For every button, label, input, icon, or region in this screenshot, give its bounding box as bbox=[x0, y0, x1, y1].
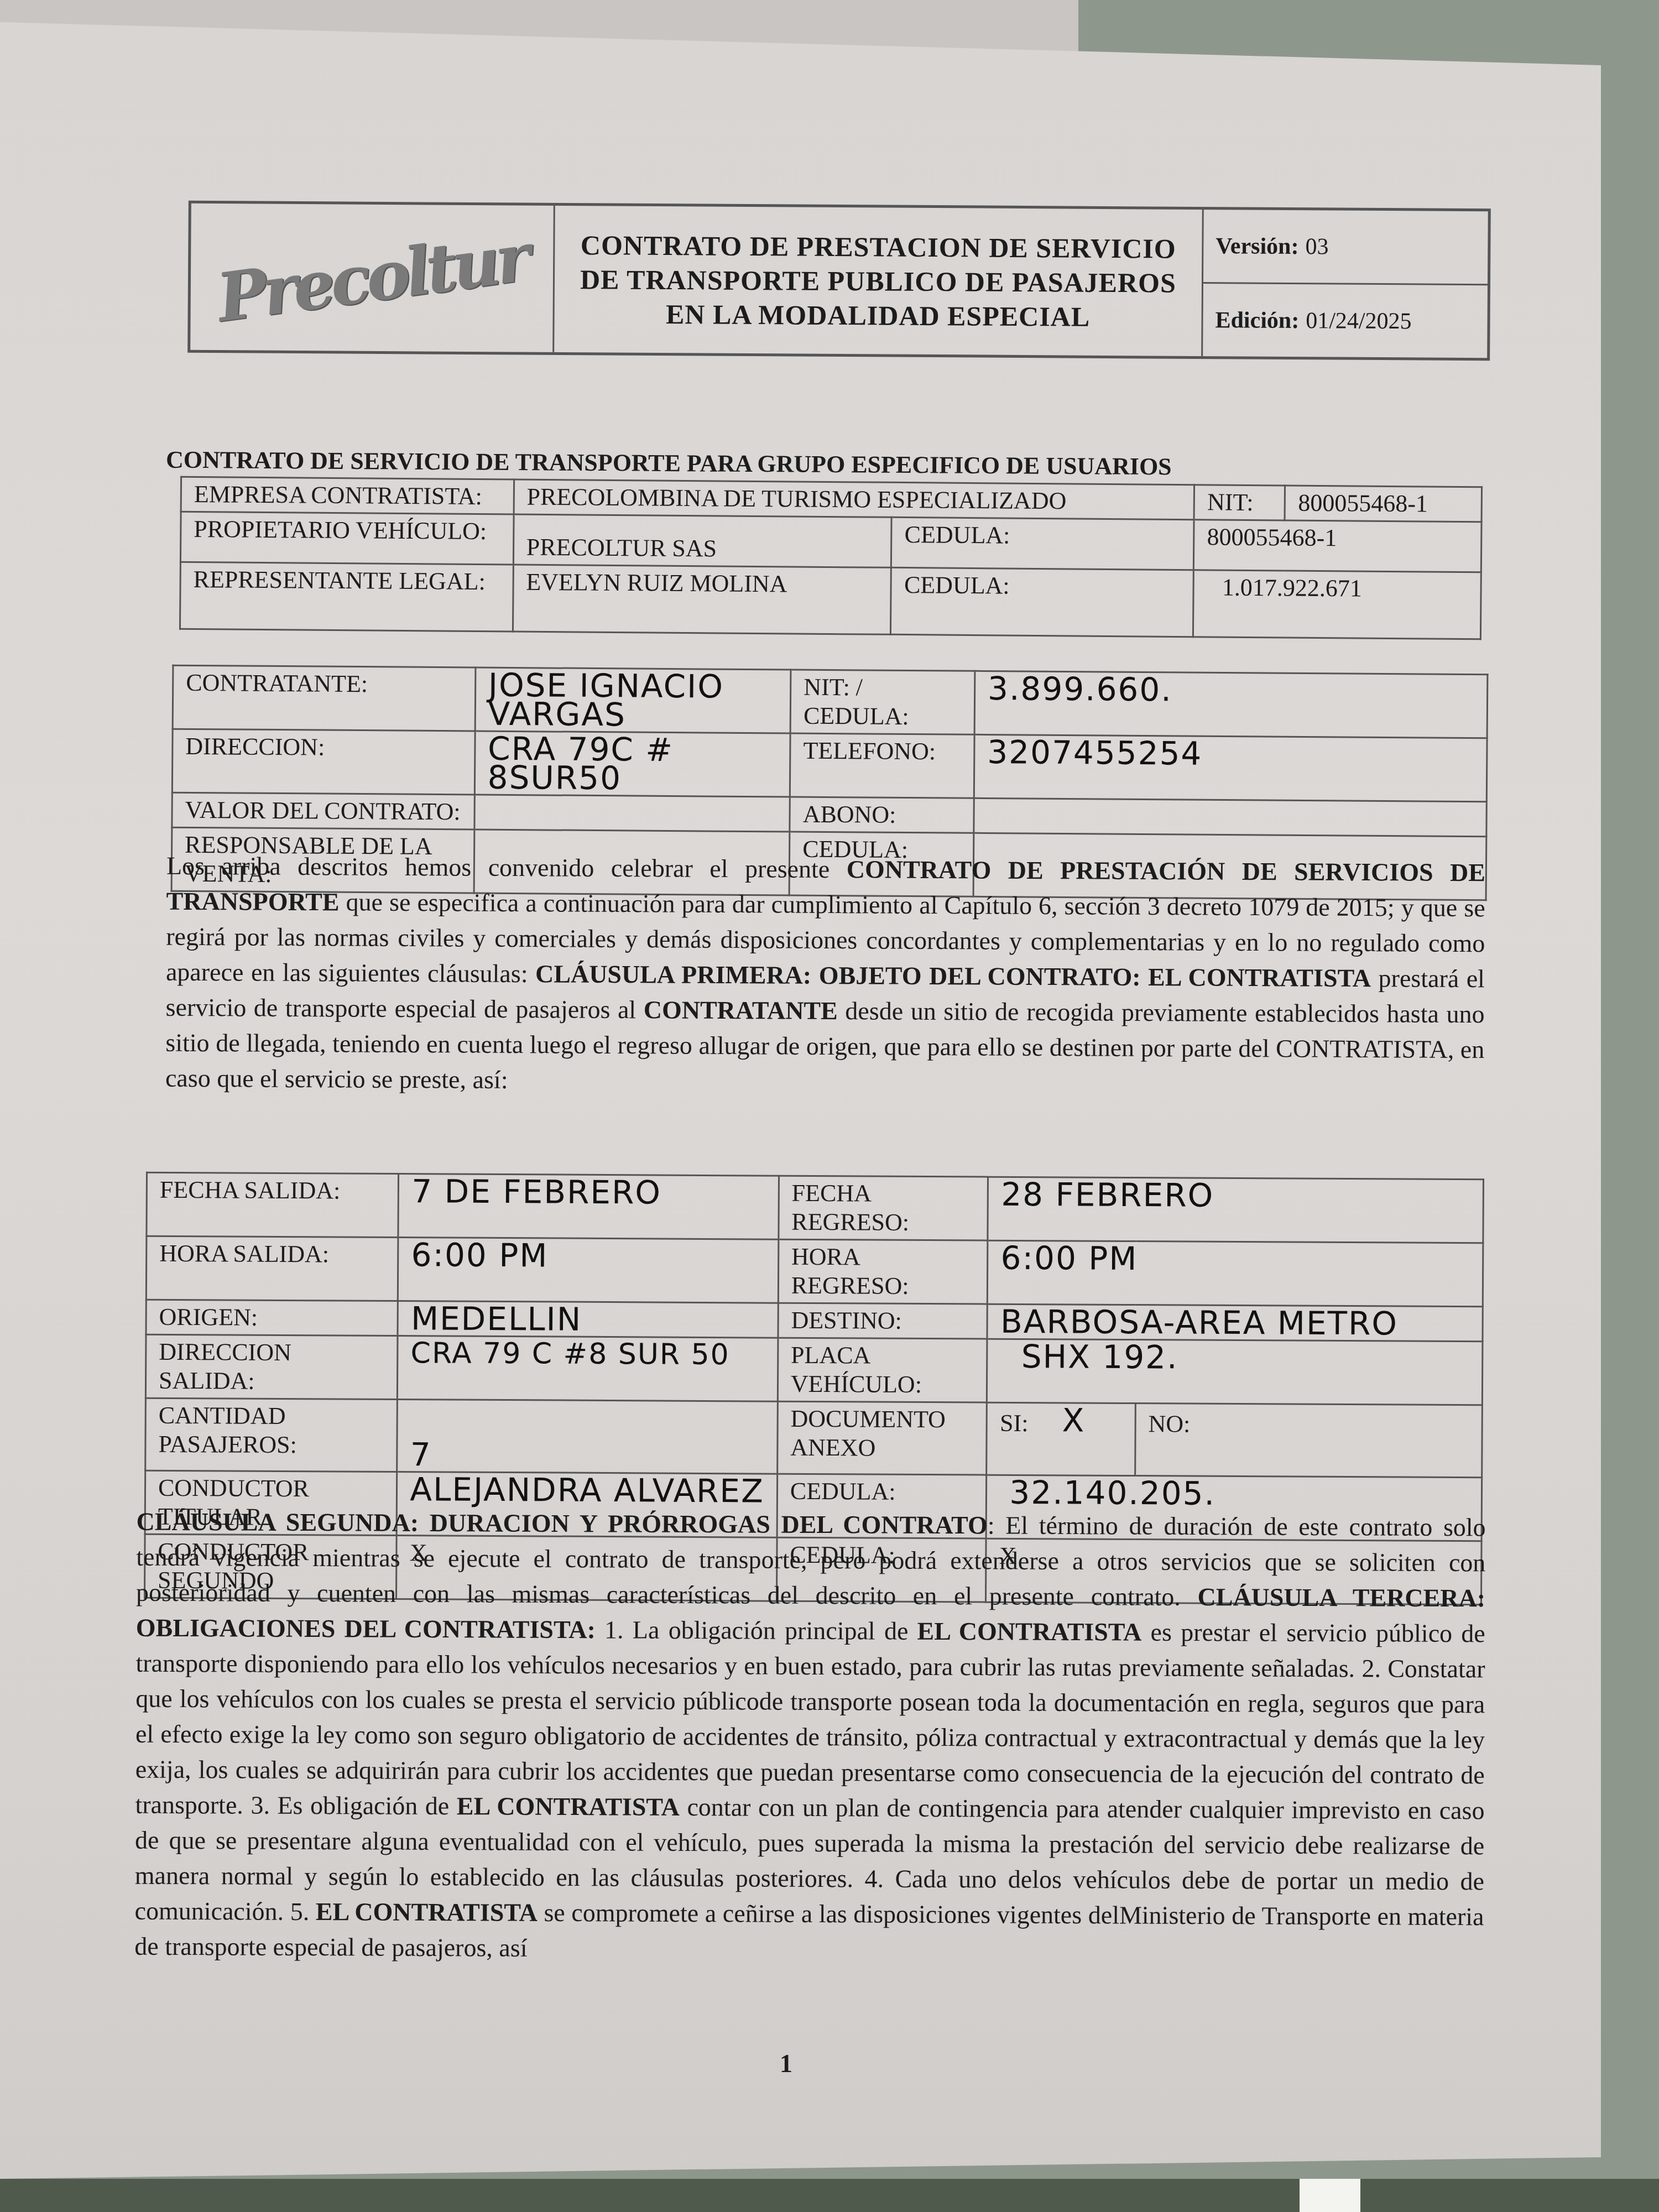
placa-label: PLACA VEHÍCULO: bbox=[778, 1338, 987, 1402]
text-run: Los arriba descritos hemos convenido cel… bbox=[166, 852, 847, 883]
version-label: Versión: bbox=[1215, 233, 1298, 260]
title-line: DE TRANSPORTE PUBLICO DE PASAJEROS bbox=[580, 262, 1176, 300]
no-option[interactable]: NO: bbox=[1135, 1404, 1482, 1478]
hora-salida-label: HORA SALIDA: bbox=[146, 1236, 398, 1301]
origen-label: ORIGEN: bbox=[146, 1300, 398, 1335]
clause-heading: CLÁUSULA SEGUNDA: DURACION Y PRÓRROGAS D… bbox=[137, 1507, 988, 1540]
section-subtitle: CONTRATO DE SERVICIO DE TRANSPORTE PARA … bbox=[166, 446, 1172, 481]
title-line: EN LA MODALIDAD ESPECIAL bbox=[666, 297, 1091, 334]
table-row: HORA SALIDA: 6:00 PM HORA REGRESO: 6:00 … bbox=[146, 1236, 1483, 1307]
document-content: Precoltur CONTRATO DE PRESTACION DE SERV… bbox=[0, 0, 1659, 2212]
direccion-field[interactable]: CRA 79C # 8SUR50 bbox=[474, 731, 790, 797]
contratante-label: CONTRATANTE: bbox=[173, 665, 475, 731]
fecha-regreso-label: FECHA REGRESO: bbox=[779, 1176, 988, 1240]
placa-field[interactable]: SHX 192. bbox=[987, 1339, 1483, 1405]
nit-label: NIT: bbox=[1194, 485, 1285, 520]
hora-regreso-field[interactable]: 6:00 PM bbox=[988, 1240, 1483, 1307]
abono-label: ABONO: bbox=[790, 797, 974, 833]
hora-salida-field[interactable]: 6:00 PM bbox=[398, 1238, 779, 1303]
bold-run: CONTRATANTE bbox=[644, 995, 838, 1025]
table-row: REPRESENTANTE LEGAL: EVELYN RUIZ MOLINA … bbox=[180, 562, 1481, 639]
destino-field[interactable]: BARBOSA-AREA METRO bbox=[987, 1304, 1483, 1342]
edition-cell: Edición: 01/24/2025 bbox=[1203, 284, 1488, 358]
hora-regreso-label: HORA REGRESO: bbox=[778, 1239, 988, 1304]
telefono-field[interactable]: 3207455254 bbox=[974, 734, 1487, 801]
version-value: 03 bbox=[1305, 233, 1328, 260]
abono-field[interactable] bbox=[974, 798, 1486, 836]
documento-label: DOCUMENTO bbox=[790, 1405, 974, 1434]
table-row: DIRECCION SALIDA: CRA 79 C #8 SUR 50 PLA… bbox=[145, 1334, 1483, 1405]
si-option[interactable]: SI: X bbox=[987, 1402, 1135, 1475]
title-line: CONTRATO DE PRESTACION DE SERVICIO bbox=[581, 228, 1176, 266]
anexo-label: ANEXO bbox=[790, 1433, 974, 1463]
edition-label: Edición: bbox=[1215, 307, 1299, 334]
si-label: SI: bbox=[1000, 1410, 1029, 1437]
pasajeros-label: CANTIDAD PASAJEROS: bbox=[145, 1398, 398, 1472]
clauses-paragraph: CLÁUSULA SEGUNDA: DURACION Y PRÓRROGAS D… bbox=[134, 1504, 1486, 1970]
nit-cedula-label: NIT: / CEDULA: bbox=[790, 670, 975, 734]
table-row: DIRECCION: CRA 79C # 8SUR50 TELEFONO: 32… bbox=[172, 729, 1487, 802]
table-row: CONTRATANTE: JOSE IGNACIO VARGAS NIT: / … bbox=[173, 665, 1488, 738]
document-title: CONTRATO DE PRESTACION DE SERVICIO DE TR… bbox=[554, 206, 1204, 356]
intro-paragraph: Los arriba descritos hemos convenido cel… bbox=[165, 848, 1485, 1103]
propietario-value: PRECOLTUR SAS bbox=[513, 514, 891, 567]
direccion-salida-label: DIRECCION SALIDA: bbox=[145, 1334, 398, 1399]
bold-run: EL CONTRATISTA bbox=[316, 1897, 538, 1927]
propietario-label: PROPIETARIO VEHÍCULO: bbox=[180, 512, 513, 565]
document-meta: Versión: 03 Edición: 01/24/2025 bbox=[1203, 210, 1488, 358]
propietario-cedula-value: 800055468-1 bbox=[1194, 520, 1481, 572]
contratante-field[interactable]: JOSE IGNACIO VARGAS bbox=[475, 667, 791, 733]
propietario-cedula-label: CEDULA: bbox=[891, 517, 1194, 570]
table-row: CANTIDAD PASAJEROS: 7 DOCUMENTO ANEXO SI… bbox=[145, 1398, 1483, 1478]
bold-run: EL CONTRATISTA bbox=[917, 1617, 1142, 1646]
fecha-salida-field[interactable]: 7 DE FEBRERO bbox=[398, 1174, 779, 1240]
si-checkmark[interactable]: X bbox=[1062, 1401, 1085, 1439]
table-row: FECHA SALIDA: 7 DE FEBRERO FECHA REGRESO… bbox=[147, 1172, 1484, 1243]
bold-run: EL CONTRATISTA bbox=[457, 1792, 680, 1821]
direccion-salida-field[interactable]: CRA 79 C #8 SUR 50 bbox=[398, 1336, 778, 1402]
text-run: 1. La obligación principal de bbox=[596, 1615, 917, 1645]
edition-value: 01/24/2025 bbox=[1306, 307, 1412, 335]
empresa-label: EMPRESA CONTRATISTA: bbox=[181, 477, 514, 514]
nit-cedula-field[interactable]: 3.899.660. bbox=[974, 671, 1488, 738]
company-table: EMPRESA CONTRATISTA: PRECOLOMBINA DE TUR… bbox=[179, 476, 1483, 640]
destino-label: DESTINO: bbox=[778, 1303, 988, 1339]
page-number: 1 bbox=[780, 2049, 792, 2078]
fecha-salida-label: FECHA SALIDA: bbox=[147, 1172, 399, 1237]
pasajeros-field[interactable]: 7 bbox=[397, 1400, 778, 1474]
representante-cedula-value: 1.017.922.671 bbox=[1193, 570, 1481, 639]
valor-label: VALOR DEL CONTRATO: bbox=[172, 792, 474, 830]
origen-field[interactable]: MEDELLIN bbox=[398, 1301, 778, 1338]
documento-anexo-label: DOCUMENTO ANEXO bbox=[778, 1401, 987, 1475]
telefono-label: TELEFONO: bbox=[790, 733, 974, 798]
version-cell: Versión: 03 bbox=[1203, 210, 1488, 285]
no-label: NO: bbox=[1148, 1410, 1190, 1437]
fecha-regreso-field[interactable]: 28 FEBRERO bbox=[988, 1177, 1483, 1243]
logo-text: Precoltur bbox=[212, 218, 531, 337]
valor-field[interactable] bbox=[474, 795, 790, 832]
text-run: es prestar el servicio público de transp… bbox=[135, 1618, 1485, 1820]
representante-cedula-label: CEDULA: bbox=[891, 567, 1194, 637]
clause-heading: CLÁUSULA PRIMERA: OBJETO DEL CONTRATO: E… bbox=[535, 959, 1371, 992]
document-header: Precoltur CONTRATO DE PRESTACION DE SERV… bbox=[187, 201, 1491, 361]
direccion-label: DIRECCION: bbox=[172, 729, 474, 795]
empresa-value: PRECOLOMBINA DE TURISMO ESPECIALIZADO bbox=[514, 479, 1194, 520]
company-logo: Precoltur bbox=[190, 204, 555, 352]
nit-value: 800055468-1 bbox=[1285, 486, 1481, 522]
representante-label: REPRESENTANTE LEGAL: bbox=[180, 562, 513, 632]
representante-value: EVELYN RUIZ MOLINA bbox=[513, 565, 891, 634]
